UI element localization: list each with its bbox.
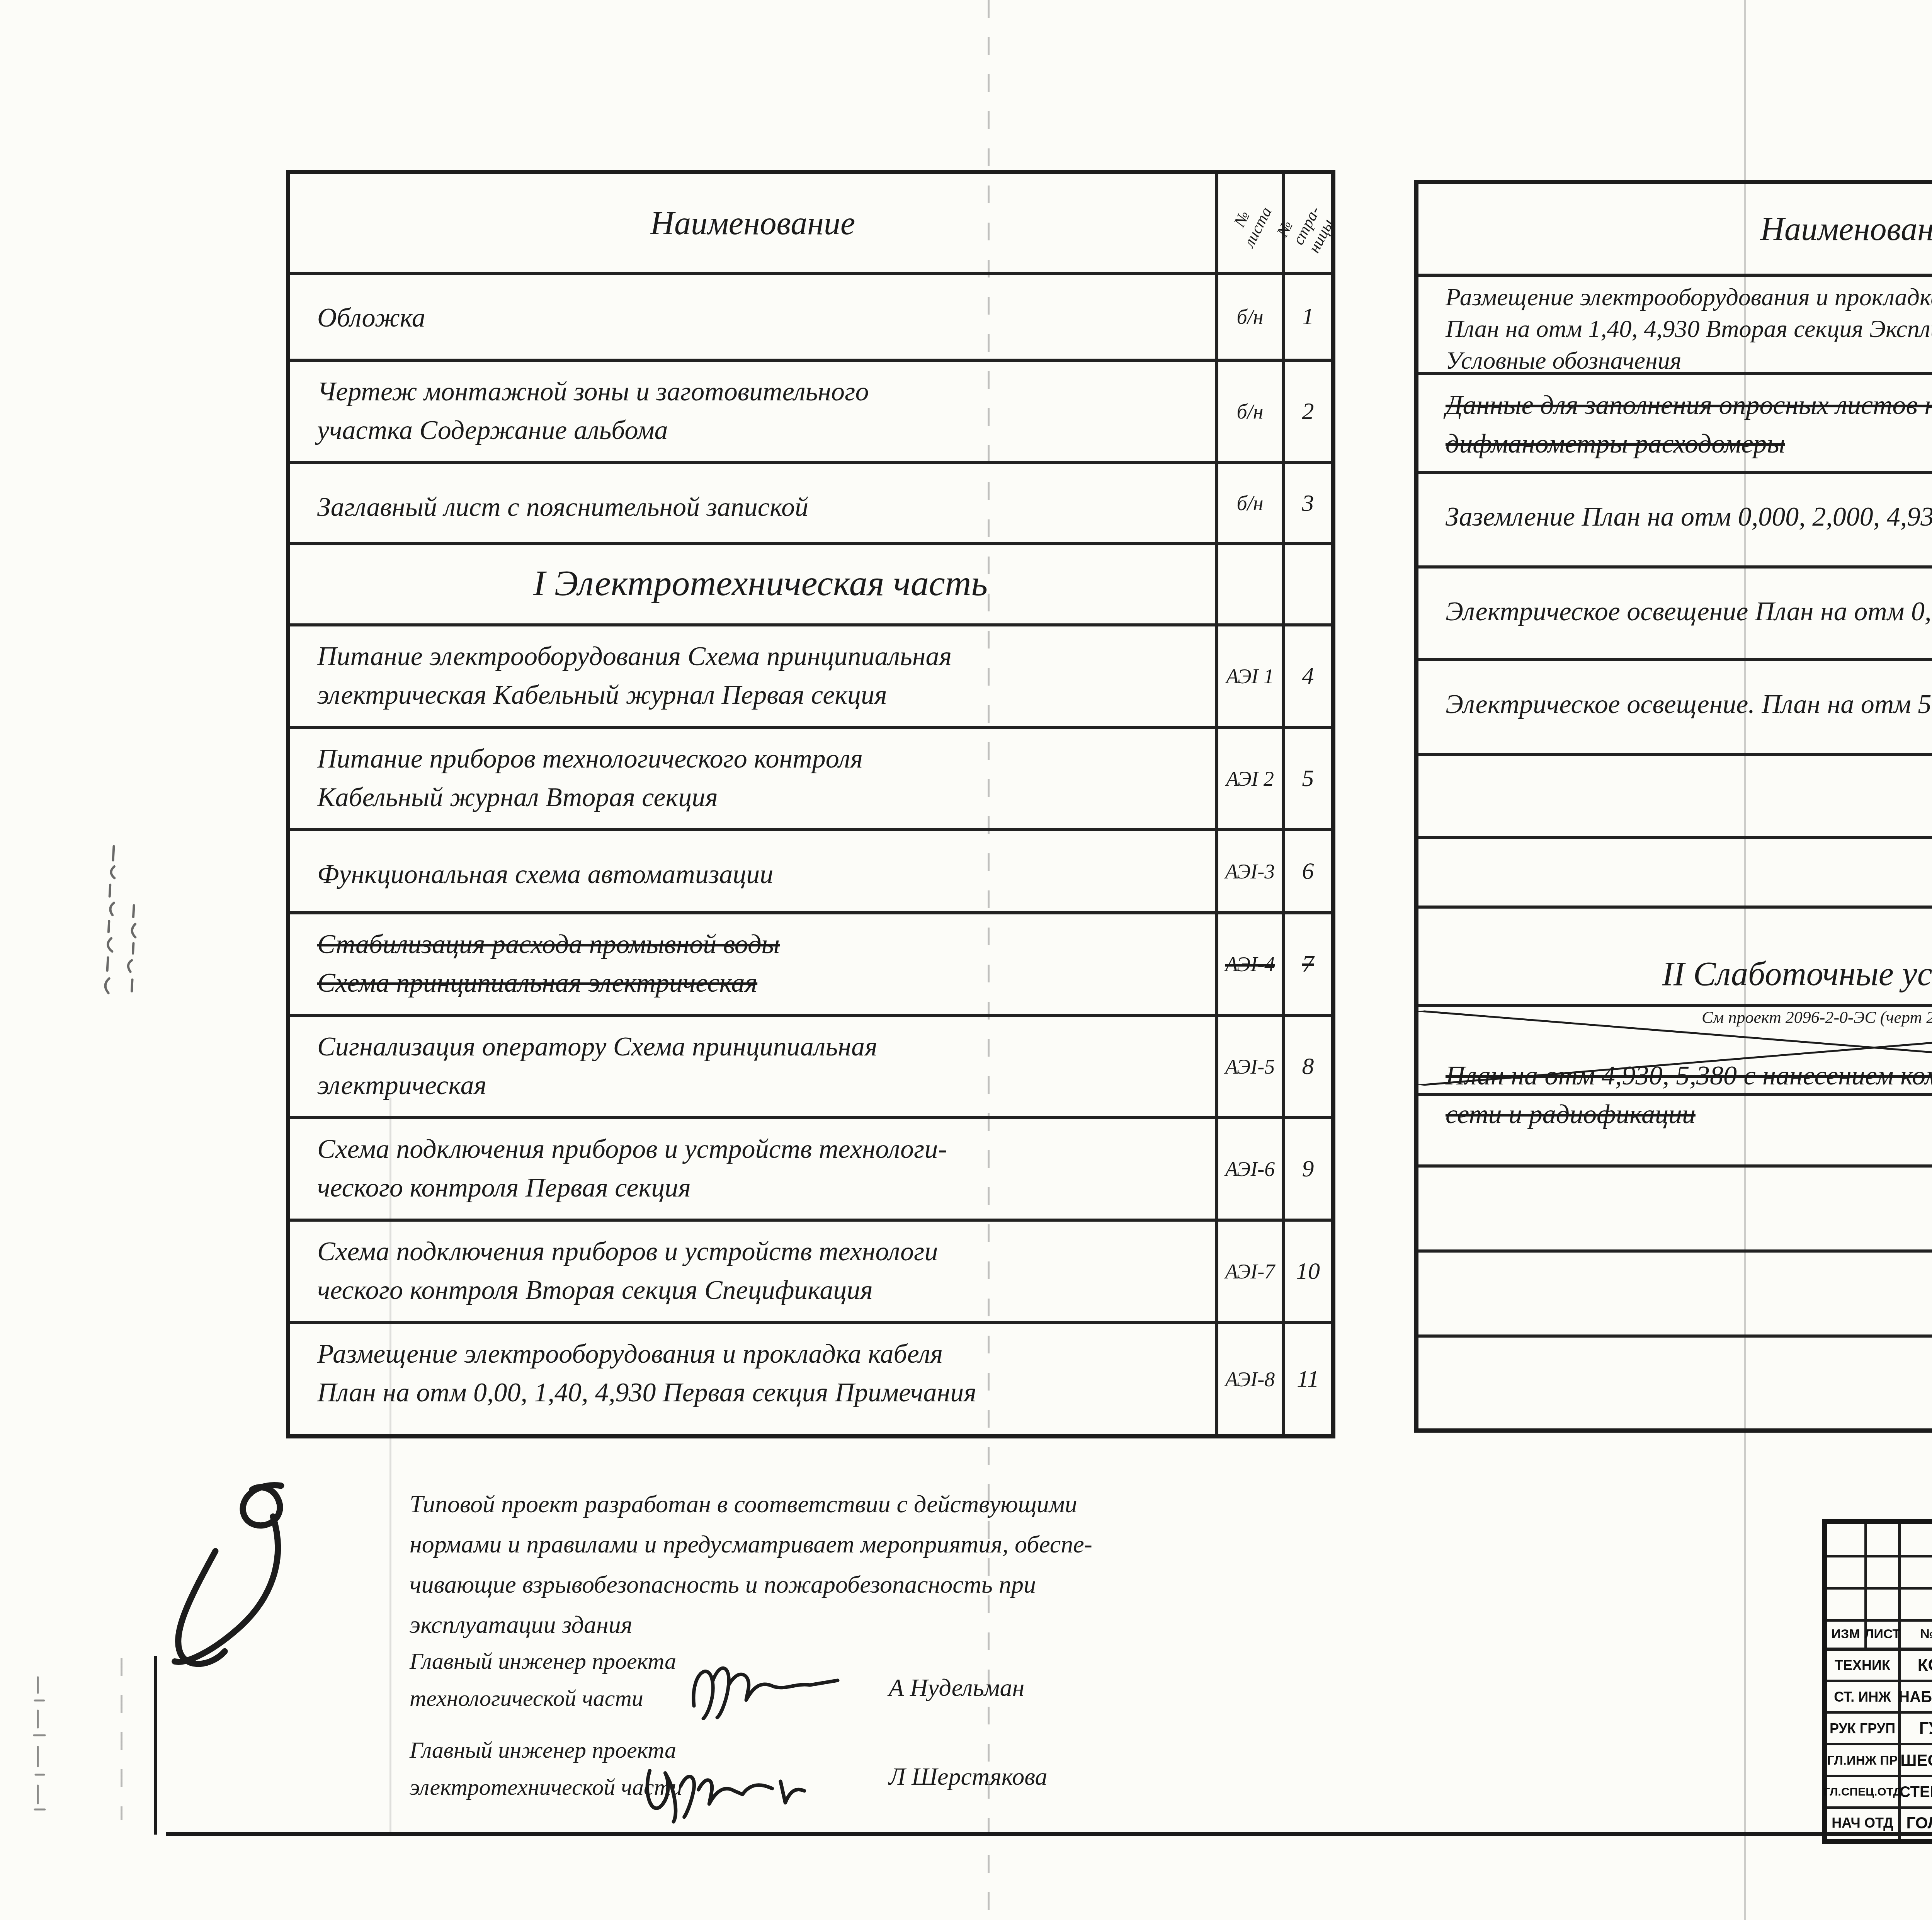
staff-name: СТЕПАНЕНКО	[1901, 1778, 1932, 1806]
row-title: Функциональная схема автоматизации	[290, 831, 1215, 911]
toc-row-empty	[1418, 1253, 1932, 1338]
row-sheet: АЭI-3	[1215, 831, 1282, 911]
row-sheet: АЭI-5	[1215, 1017, 1282, 1116]
row-page-struck: 7	[1282, 914, 1331, 1014]
row-page: 9	[1282, 1119, 1331, 1219]
toc-header-row: Наименование N листа N стра- ницы	[1418, 184, 1932, 277]
margin-stamp-illegible	[97, 835, 175, 1001]
row-title: Чертеж монтажной зоны и заготовительного…	[290, 362, 1215, 461]
staff-name: КОТОВА	[1901, 1651, 1932, 1680]
row-page	[1282, 545, 1331, 623]
row-page: 5	[1282, 729, 1331, 828]
row-title-struck: Стабилизация расхода промывной воды Схем…	[290, 914, 1215, 1014]
row-page: 6	[1282, 831, 1331, 911]
staff-role: НАЧ ОТД	[1827, 1809, 1898, 1837]
frame-line-bottom	[166, 1832, 1932, 1836]
row-title: Обложка	[290, 275, 1215, 359]
toc-row: Размещение электрооборудования и проклад…	[290, 1324, 1331, 1434]
toc-row-empty	[1418, 756, 1932, 839]
row-title: Заглавный лист с пояснительной запиской	[290, 464, 1215, 542]
col-header-sheet-no: № листа	[1225, 196, 1276, 250]
row-page: 1	[1282, 275, 1331, 359]
row-title: Питание электрооборудования Схема принци…	[290, 626, 1215, 726]
toc-row: Схема подключения приборов и устройств т…	[290, 1119, 1331, 1222]
staff-name: ГУСЕВА	[1901, 1714, 1932, 1743]
toc-row: Питание приборов технологического контро…	[290, 729, 1331, 831]
toc-row-empty	[1418, 839, 1932, 909]
section-2-heading: II Слаботочные устройства	[1662, 955, 1932, 993]
handwritten-mark	[111, 1460, 376, 1685]
row-title: Схема подключения приборов и устройств т…	[290, 1222, 1215, 1321]
scanned-sheet: 2 Наименование № листа № стра- ницы Обло…	[0, 0, 1932, 1920]
title-block: ТП 901-3-83 Блок реагентных устройств от…	[1822, 1519, 1932, 1844]
toc-row-struck: Данные для заполнения опросных листов на…	[1418, 375, 1932, 474]
row-page: 11	[1282, 1324, 1331, 1434]
rev-col-dokum: № ДОКУМ	[1901, 1620, 1932, 1648]
toc-row-empty	[1418, 1338, 1932, 1428]
staff-role: ГЛ.ИНЖ ПР	[1827, 1746, 1898, 1775]
frame-line-corner-dash	[121, 1658, 122, 1820]
row-title: Электрическое освещение План на отм 0,00…	[1418, 569, 1932, 658]
toc-section-row: I Электротехническая часть	[290, 545, 1331, 626]
toc-row: Питание электрооборудования Схема принци…	[290, 626, 1331, 729]
toc-row: Заземление План на отм 0,000, 2,000, 4,9…	[1418, 474, 1932, 569]
toc-row: Схема подключения приборов и устройств т…	[290, 1222, 1331, 1324]
toc-row-struck: Стабилизация расхода промывной воды Схем…	[290, 914, 1331, 1017]
toc-row: Сигнализация оператору Схема принципиаль…	[290, 1017, 1331, 1119]
row-title: Размещение электрооборудования и проклад…	[1418, 277, 1932, 372]
row-sheet: б/н	[1215, 464, 1282, 542]
rev-col-izm: ИЗМ	[1827, 1620, 1864, 1648]
row-sheet	[1215, 545, 1282, 623]
toc-row: Функциональная схема автоматизации АЭI-3…	[290, 831, 1331, 914]
row-sheet: АЭI-8	[1215, 1324, 1282, 1434]
toc-header-row: Наименование № листа № стра- ницы	[290, 174, 1331, 275]
cross-out-x	[1411, 1002, 1932, 1094]
toc-row: Заглавный лист с пояснительной запиской …	[290, 464, 1331, 545]
section-title-2: II Слаботочные устройства См проект 2096…	[1418, 909, 1932, 1004]
row-page: 8	[1282, 1017, 1331, 1116]
col-header-name: Наименование	[1418, 184, 1932, 274]
toc-row-crossed: План на отм 4,930, 5,380 с нанесением ко…	[1418, 1007, 1932, 1096]
explanatory-note: Типовой проект разработан в соответствии…	[410, 1484, 1221, 1645]
rev-col-list: ЛИСТ	[1867, 1620, 1898, 1648]
row-sheet: АЭI-7	[1215, 1222, 1282, 1321]
staff-name: ШЕСТЯКОВА	[1901, 1746, 1932, 1775]
row-sheet-struck: АЭI-4	[1215, 914, 1282, 1014]
row-title: Заземление План на отм 0,000, 2,000, 4,9…	[1418, 474, 1932, 565]
row-page: 4	[1282, 626, 1331, 726]
row-title-crossed: План на отм 4,930, 5,380 с нанесением ко…	[1418, 1007, 1932, 1093]
row-title: Сигнализация оператору Схема принципиаль…	[290, 1017, 1215, 1116]
toc-row: Размещение электрооборудования и проклад…	[1418, 277, 1932, 375]
margin-stamp-illegible	[27, 1673, 50, 1820]
col-header-page-no: № стра- ницы	[1274, 190, 1342, 256]
toc-row: Обложка б/н 1	[290, 275, 1331, 362]
row-sheet: б/н	[1215, 362, 1282, 461]
toc-section-row: II Слаботочные устройства См проект 2096…	[1418, 909, 1932, 1007]
section-title: I Электротехническая часть	[290, 545, 1215, 623]
staff-name: НАБИУЛЛИНА	[1901, 1683, 1932, 1711]
toc-row: Чертеж монтажной зоны и заготовительного…	[290, 362, 1331, 464]
row-sheet: АЭI 1	[1215, 626, 1282, 726]
staff-name: ГОЛЬЦМАН	[1901, 1809, 1932, 1837]
staff-role: ГЛ.СПЕЦ.ОТД	[1827, 1778, 1898, 1806]
col-header-name: Наименование	[290, 174, 1215, 272]
toc-table-right: Наименование N листа N стра- ницы Размещ…	[1414, 180, 1932, 1433]
row-title: Размещение электрооборудования и проклад…	[290, 1324, 1215, 1434]
toc-row: Электрическое освещение План на отм 0,00…	[1418, 569, 1932, 661]
row-title: Электрическое освещение. План на отм 5,0…	[1418, 661, 1932, 753]
row-title: Схема подключения приборов и устройств т…	[290, 1119, 1215, 1219]
row-page: 2	[1282, 362, 1331, 461]
row-sheet: б/н	[1215, 275, 1282, 359]
staff-role: РУК ГРУП	[1827, 1714, 1898, 1743]
staff-role: ТЕХНИК	[1827, 1651, 1898, 1680]
toc-table-left: Наименование № листа № стра- ницы Обложк…	[286, 170, 1335, 1438]
toc-row-empty	[1418, 1168, 1932, 1253]
row-page: 10	[1282, 1222, 1331, 1321]
signature-handwritten	[680, 1650, 866, 1720]
row-sheet: АЭI 2	[1215, 729, 1282, 828]
toc-row: Электрическое освещение. План на отм 5,0…	[1418, 661, 1932, 756]
row-sheet: АЭI-6	[1215, 1119, 1282, 1219]
signature-handwritten	[634, 1747, 835, 1824]
staff-role: СТ. ИНЖ	[1827, 1683, 1898, 1711]
row-title-struck: Данные для заполнения опросных листов на…	[1418, 375, 1932, 471]
approval-person-tech: А Нудельман	[889, 1673, 1024, 1702]
row-title: Питание приборов технологического контро…	[290, 729, 1215, 828]
row-page: 3	[1282, 464, 1331, 542]
approval-person-electro: Л Шерстякова	[889, 1762, 1048, 1791]
